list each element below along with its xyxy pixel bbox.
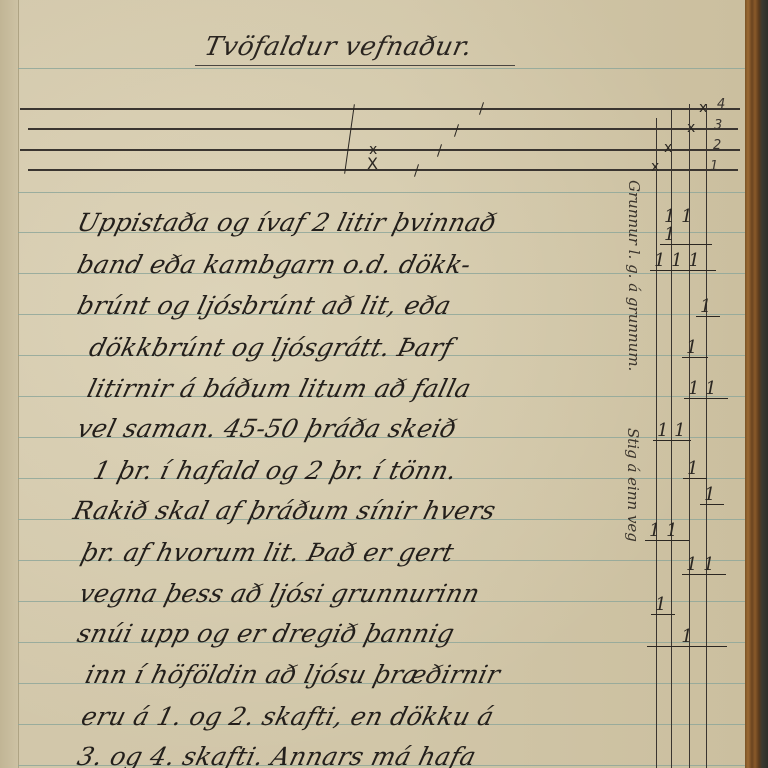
text-line: vegna þess að ljósi grunnurinn [76, 579, 482, 608]
text-line: litirnir á báðum litum að falla [84, 374, 474, 403]
shaft-line-4 [20, 108, 740, 110]
page-left-edge [0, 0, 19, 768]
shaft-line-2 [20, 149, 740, 151]
text-line: snúi upp og er dregið þannig [74, 619, 457, 648]
page-title: Tvöfaldur vefnaður. [202, 32, 475, 62]
text-line: þr. af hvorum lit. Það er gert [78, 538, 457, 567]
tally-mark: 1 [651, 596, 675, 615]
tally-mark: 1 [696, 298, 720, 317]
text-line: dökkbrúnt og ljósgrátt. Þarf [86, 333, 456, 362]
text-line: Uppistaða og ívaf 2 litir þvinnað [74, 208, 499, 237]
tally-mark: 1 1 [645, 522, 689, 541]
tally-mark: 1 [700, 486, 724, 505]
text-line: eru á 1. og 2. skafti, en dökku á [78, 702, 497, 731]
draft-tick [454, 124, 459, 137]
ruled-line [18, 68, 745, 69]
shaft-line-3 [28, 128, 738, 130]
shaft-number-1: 1 [710, 159, 718, 174]
shaft-number-3: 3 [714, 118, 722, 133]
tally-mark: 1 [683, 460, 707, 479]
draft-divider [344, 104, 355, 173]
shaft-number-2: 2 [713, 138, 721, 153]
margin-note-lower: Stig á einn veg [624, 428, 642, 542]
margin-note-upper: Grunnur l. g. á grunnum. [625, 180, 643, 371]
tally-mark: 1 [682, 339, 708, 358]
draft-x-mark: X [367, 157, 378, 171]
shaft-line-1 [28, 169, 738, 171]
text-line: 1 þr. í hafald og 2 þr. í tönn. [90, 456, 460, 485]
tally-mark: 1 [647, 628, 727, 647]
tally-mark: 1 1 1 [650, 252, 716, 271]
notebook-page: Tvöfaldur vefnaður. x X x x x x 4 3 2 1 … [0, 0, 745, 768]
tally-mark: 1 1 [682, 556, 726, 575]
tieup-column-line [656, 118, 657, 768]
text-line: inn í höföldin að ljósu þræðirnir [82, 660, 503, 689]
tieup-column-line [706, 104, 707, 768]
text-line: Rakið skal af þráðum sínir hvers [70, 496, 498, 525]
tally-mark: 1 1 [684, 380, 728, 399]
tally-mark: 1 1 1 [660, 208, 712, 245]
text-line: band eða kambgarn o.d. dökk- [74, 250, 474, 279]
shaft-number-4: 4 [717, 97, 725, 112]
tally-mark: 1 1 [653, 422, 691, 441]
text-line: 3. og 4. skafti. Annars má hafa [74, 742, 479, 768]
text-line: brúnt og ljósbrúnt að lit, eða [74, 291, 454, 320]
text-line: vel saman. 45-50 þráða skeið [74, 414, 459, 443]
title-underline [195, 65, 515, 66]
book-spine-edge [745, 0, 768, 768]
